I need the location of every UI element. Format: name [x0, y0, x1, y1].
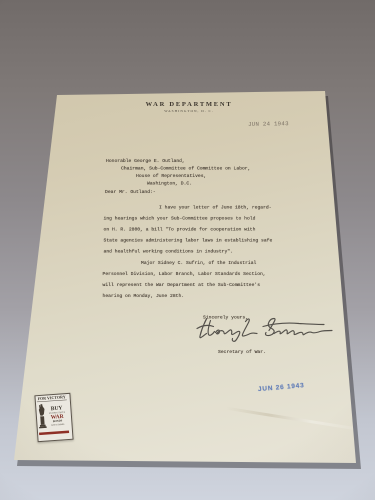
paper-crease	[226, 407, 370, 433]
address-line: House of Representatives,	[136, 172, 329, 180]
war-bonds-stamp: FOR VICTORY BUY UNITED STATES WAR BONDS	[34, 393, 73, 442]
letterhead-subtitle: WASHINGTON, D. C.	[119, 109, 259, 113]
address-line: Chairman, Sub-Committee of Committee on …	[121, 165, 329, 173]
received-date-stamp: JUN 24 1943	[248, 117, 288, 128]
body-line: and healthful working conditions in indu…	[104, 246, 330, 257]
body-line: on H. R. 2800, a bill "To provide for co…	[104, 224, 330, 235]
body-line: Personnel Division, Labor Branch, Labor …	[103, 269, 330, 280]
address-line: Washington, D.C.	[147, 180, 329, 188]
signature-title: Secretary of War.	[218, 347, 329, 358]
body-line: will represent the War Department at the…	[103, 280, 330, 291]
body-line: State agencies administering labor laws …	[104, 235, 330, 246]
letterhead-title: WAR DEPARTMENT	[119, 100, 259, 108]
letter-paper: WAR DEPARTMENT WASHINGTON, D. C. JUN 24 …	[0, 0, 375, 500]
signature-henry-stimson	[193, 313, 335, 343]
body-line: I have your letter of June 18th, regard-	[159, 202, 329, 213]
body-line: hearing on Monday, June 28th.	[103, 291, 330, 302]
received-stamp-blue: JUN 26 1943	[258, 380, 309, 396]
salutation: Dear Mr. Outland:-	[105, 188, 329, 196]
address-line: Honorable George E. Outland,	[106, 157, 329, 165]
body-line: ing hearings which your Sub-Committee pr…	[104, 213, 330, 224]
letterhead: WAR DEPARTMENT WASHINGTON, D. C.	[119, 100, 259, 126]
war-bonds-and-stamps-text: AND STAMPS	[47, 423, 69, 426]
received-date-text: JUN 24 1943	[248, 121, 289, 128]
body-line: Major Sidney C. Sufrin, of the Industria…	[141, 258, 329, 269]
photo-of-letter: WAR DEPARTMENT WASHINGTON, D. C. JUN 24 …	[0, 0, 375, 500]
received-stamp-blue-text: JUN 26 1943	[258, 381, 305, 393]
